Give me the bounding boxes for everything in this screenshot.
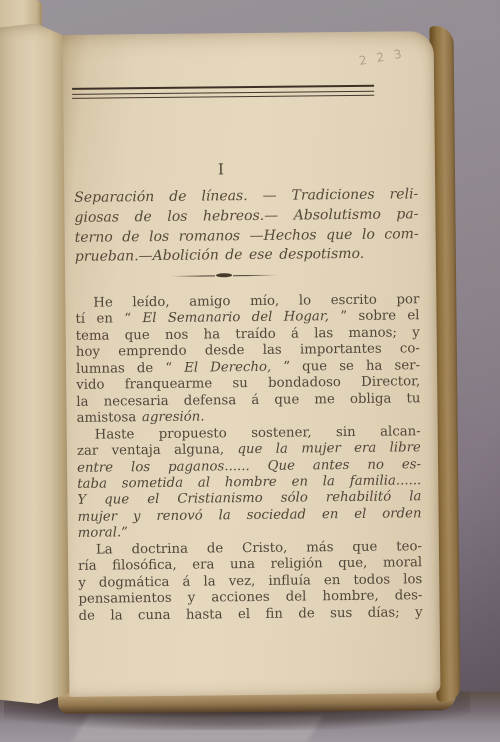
header-rule-thin xyxy=(72,95,374,99)
ornament-line-right xyxy=(233,274,277,275)
header-rule-thick xyxy=(72,85,374,95)
photo-scene: 223 I Separación de líneas. — Tradicione… xyxy=(0,0,500,742)
body-text: He leído, amigo mío, lo escrito portí en… xyxy=(75,292,422,625)
text-line: prueban.—Abolición de ese despotismo. xyxy=(75,245,419,268)
book-page: 223 I Separación de líneas. — Tradicione… xyxy=(63,31,441,697)
ornament-line-left xyxy=(171,275,215,276)
ornament-diamond-icon xyxy=(216,273,232,277)
pencil-page-number: 223 xyxy=(358,45,413,68)
divider-ornament xyxy=(51,270,397,280)
text-line: terno de los romanos —Hechos que lo com- xyxy=(75,225,419,248)
chapter-summary: Separación de líneas. — Tradiciones reli… xyxy=(74,185,419,268)
text-line: de la cuna hasta el fin de sus días; y xyxy=(79,605,423,625)
chapter-number: I xyxy=(48,158,394,180)
